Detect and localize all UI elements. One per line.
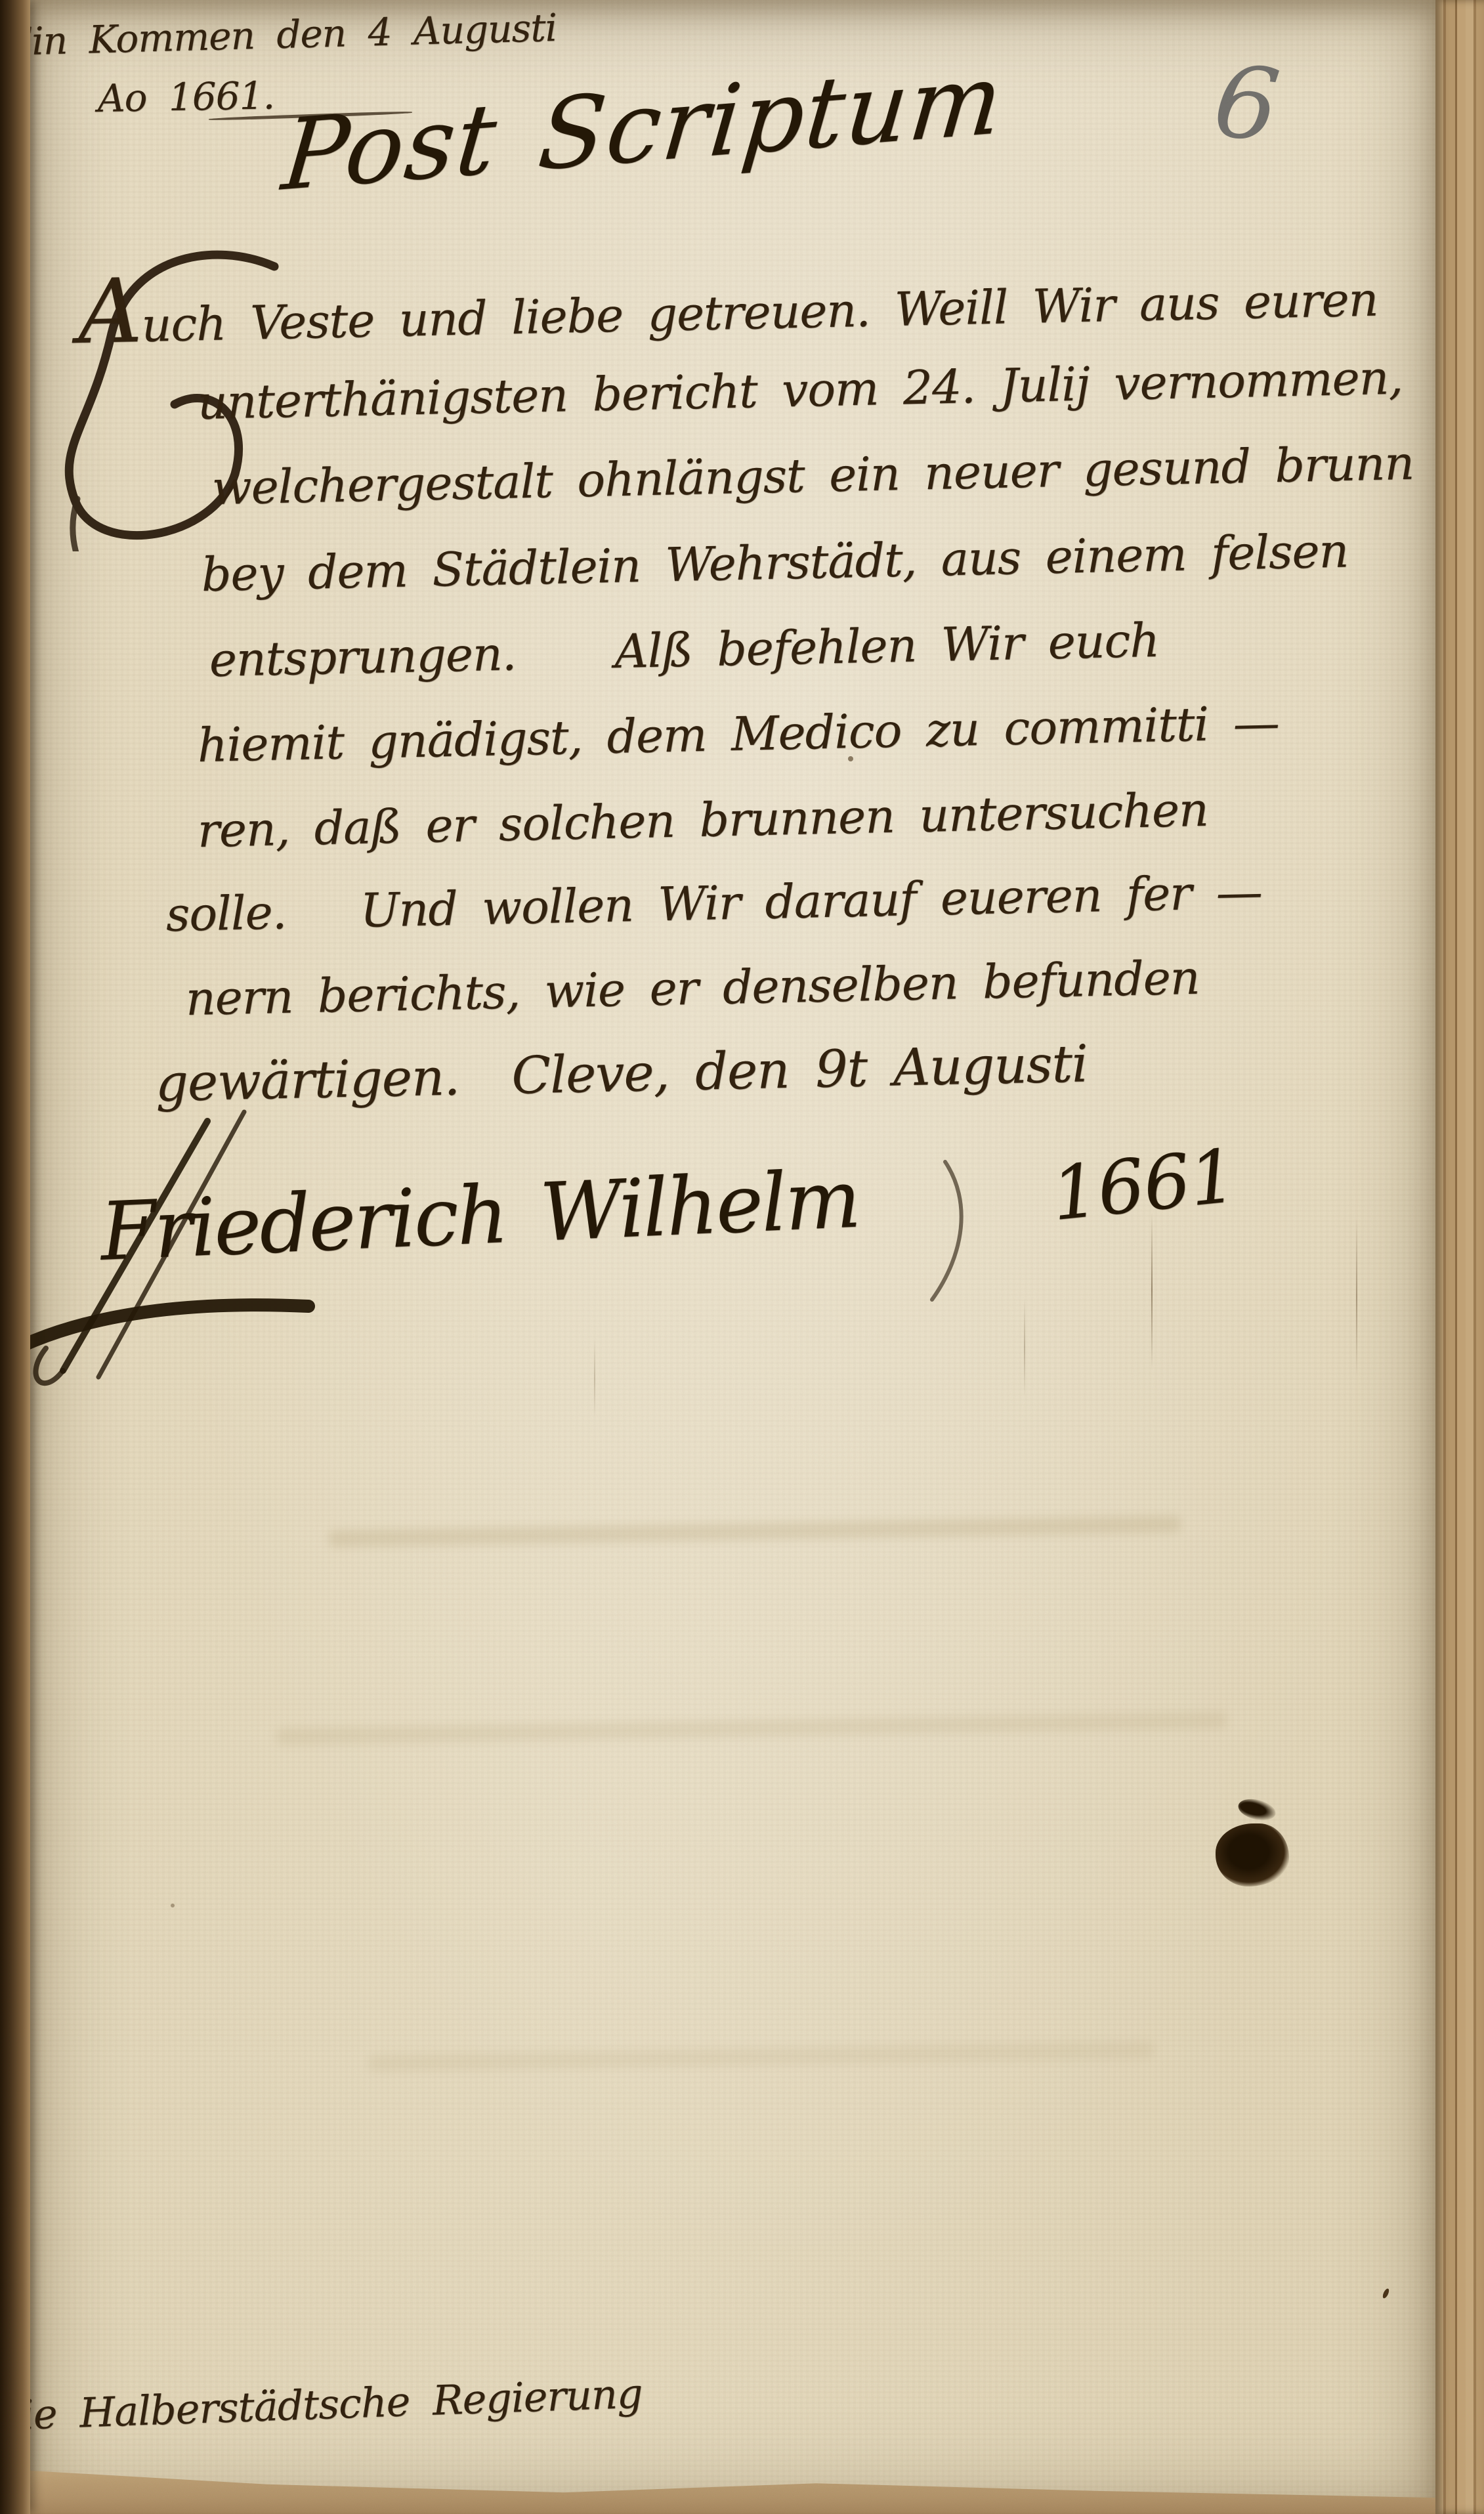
paper-crease bbox=[1024, 1298, 1025, 1397]
paper-speck bbox=[171, 1904, 175, 1907]
ink-blot bbox=[1216, 1823, 1289, 1886]
manuscript-scan: Ein Kommen den 4 Augusti Ao 1661. 6 Post… bbox=[0, 0, 1484, 2514]
paper-crease bbox=[1356, 1218, 1357, 1376]
page-stack-edge-right bbox=[1435, 0, 1484, 2514]
paper-crease bbox=[594, 1339, 595, 1418]
receipt-note-line2: Ao 1661. bbox=[97, 73, 274, 121]
paper-crease bbox=[1151, 1212, 1153, 1369]
binding-edge-left bbox=[0, 0, 30, 2514]
paper-speck bbox=[848, 756, 853, 761]
